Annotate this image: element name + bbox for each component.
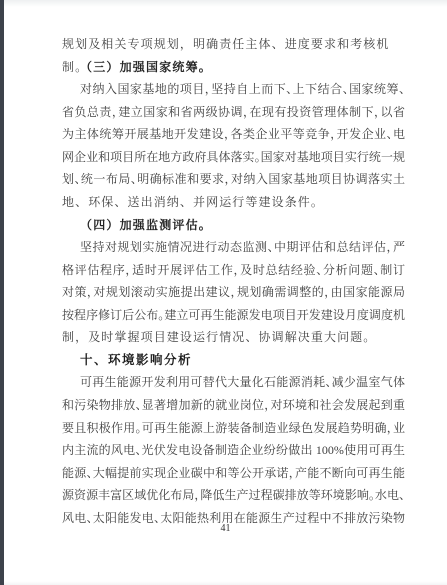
- page-top-shade: [4, 0, 447, 7]
- text-line: 地、环保、送出消纳、并网运行等建设条件。: [62, 191, 405, 214]
- text-line: 坚持对规划实施情况进行动态监测、中期评估和总结评估，严: [62, 236, 405, 259]
- text-line: 能源、大幅提前实现企业碳中和等公开承诺，产能不断向可再生能: [62, 462, 405, 485]
- text-line: 内主流的风电、光伏发电设备制造企业纷纷做出 100%使用可再生: [62, 439, 405, 462]
- page-edge-strip: [0, 0, 4, 585]
- document-page: 规划及相关专项规划，明确责任主体、进度要求和考核机制。（三）加强国家统筹。对纳入…: [0, 0, 447, 585]
- text-line: 可再生能源开发利用可替代大量化石能源消耗、减少温室气体: [62, 371, 405, 394]
- text-line: 划、统一布局、明确标准和要求，对纳入国家基地项目协调落实土: [62, 168, 405, 191]
- text-line: 要且积极作用。可再生能源上游装备制造业绿色发展趋势明确，业: [62, 417, 405, 440]
- chapter-heading: 十、环境影响分析: [62, 349, 405, 372]
- document-body: 规划及相关专项规划，明确责任主体、进度要求和考核机制。（三）加强国家统筹。对纳入…: [62, 33, 405, 529]
- text-line: 格评估程序，适时开展评估工作，及时总结经验、分析问题、制订: [62, 259, 405, 282]
- text-line: 源资源丰富区域优化布局，降低生产过程碳排放等环境影响。水电、: [62, 484, 405, 507]
- text-line: 省负总责，建立国家和省两级协调，在现有投资管理体制下，以省: [62, 101, 405, 124]
- page-footer: 41: [4, 523, 447, 534]
- section-subheading: （三）加强国家统筹。: [62, 56, 405, 79]
- section-subheading: （四）加强监测评估。: [62, 214, 405, 237]
- text-line: 按程序修订后公布。建立可再生能源发电项目开发建设月度调度机: [62, 304, 405, 327]
- text-line: 对策，对规划滚动实施提出建议，规划确需调整的，由国家能源局: [62, 281, 405, 304]
- text-line: 对纳入国家基地的项目，坚持自上而下、上下结合、国家统筹、: [62, 78, 405, 101]
- text-line: 制，及时掌握项目建设运行情况、协调解决重大问题。: [62, 326, 405, 349]
- text-line: 网企业和项目所在地方政府具体落实。国家对基地项目实行统一规: [62, 146, 405, 169]
- text-line: 规划及相关专项规划，明确责任主体、进度要求和考核机制。: [62, 33, 405, 56]
- page-bottom-shade: [4, 581, 447, 585]
- page-number: 41: [221, 523, 231, 534]
- text-line: 为主体统筹开展基地开发建设，各类企业平等竞争，开发企业、电: [62, 123, 405, 146]
- text-line: 和污染物排放、显著增加新的就业岗位，对环境和社会发展起到重: [62, 394, 405, 417]
